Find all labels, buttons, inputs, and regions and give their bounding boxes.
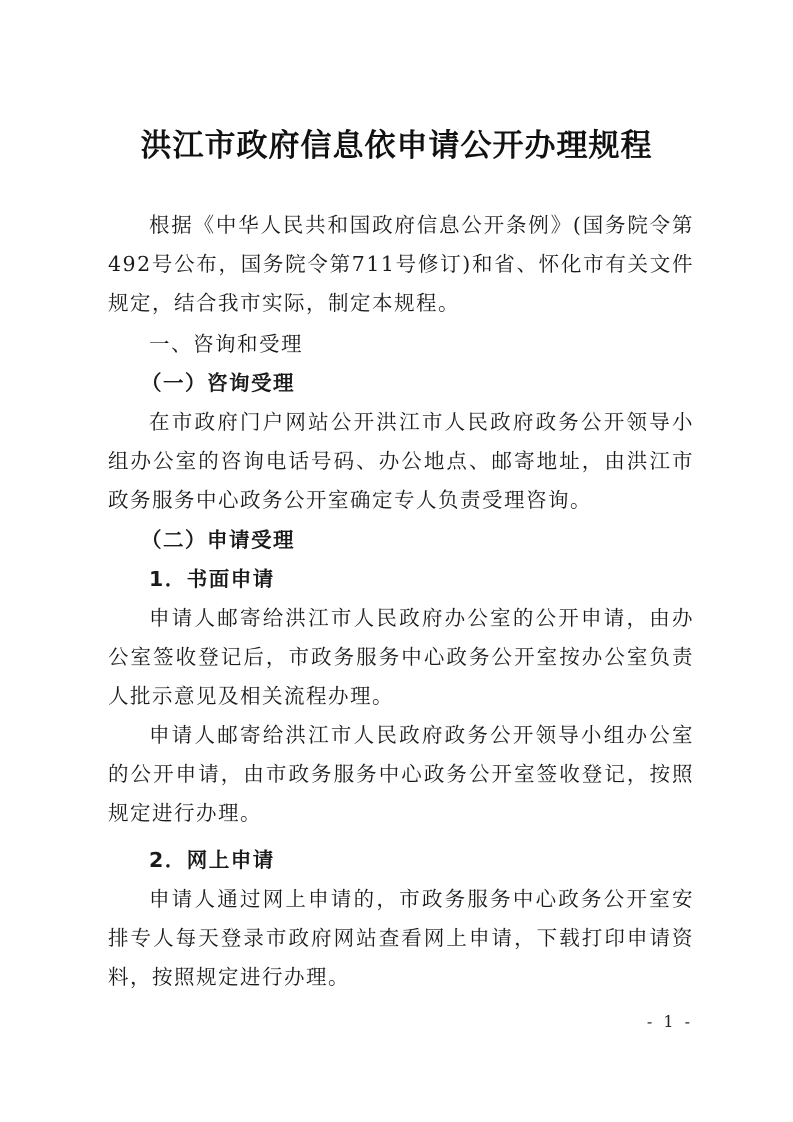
online-paragraph: 申请人通过网上申请的，市政务服务中心政务公开室安排专人每天登录市政府网站查看网上…	[108, 880, 694, 997]
written-paragraph-1: 申请人邮寄给洪江市人民政府办公室的公开申请，由办公室签收登记后，市政务服务中心政…	[108, 599, 694, 716]
page-number: - 1 -	[647, 1012, 693, 1031]
intro-paragraph: 根据《中华人民共和国政府信息公开条例》(国务院令第492号公布，国务院令第711…	[108, 206, 694, 323]
section-heading-1: 一、咨询和受理	[149, 325, 303, 364]
subsection-heading-consult: （一）咨询受理	[141, 364, 295, 403]
item-heading-written: 1．书面申请	[149, 560, 275, 599]
subsection-heading-application: （二）申请受理	[141, 521, 295, 560]
document-title: 洪江市政府信息依申请公开办理规程	[0, 124, 793, 168]
consult-paragraph: 在市政府门户网站公开洪江市人民政府政务公开领导小组办公室的咨询电话号码、办公地点…	[108, 403, 694, 520]
document-page: 洪江市政府信息依申请公开办理规程 根据《中华人民共和国政府信息公开条例》(国务院…	[0, 0, 793, 1122]
written-paragraph-2: 申请人邮寄给洪江市人民政府政务公开领导小组办公室的公开申请，由市政务服务中心政务…	[108, 716, 694, 833]
item-heading-online: 2．网上申请	[149, 841, 275, 880]
